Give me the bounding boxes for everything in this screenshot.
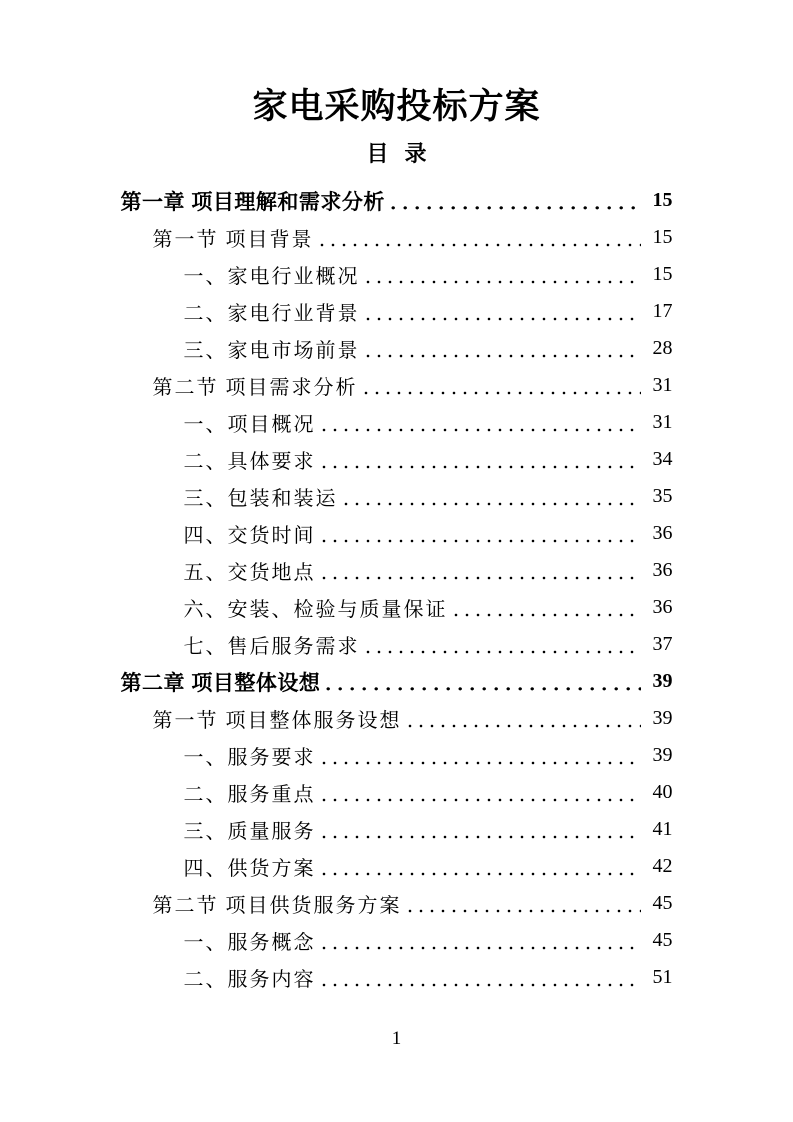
toc-entry[interactable]: 六、安装、检验与质量保证 36 bbox=[121, 589, 673, 626]
toc-entry[interactable]: 一、家电行业概况 15 bbox=[121, 256, 673, 293]
toc-entry[interactable]: 第二节 项目供货服务方案 45 bbox=[121, 885, 673, 922]
toc-entry[interactable]: 二、服务重点 40 bbox=[121, 774, 673, 811]
toc-entry-label: 五、交货地点 bbox=[184, 556, 316, 585]
toc-entry-page: 41 bbox=[647, 818, 673, 841]
toc-dot-leader bbox=[316, 774, 647, 811]
toc-entry-label: 第二节 项目需求分析 bbox=[153, 371, 358, 400]
toc-entry-label: 四、供货方案 bbox=[184, 852, 316, 881]
toc-entry-page: 15 bbox=[647, 189, 673, 212]
toc-entry-page: 37 bbox=[647, 633, 673, 656]
toc-entry-page: 31 bbox=[647, 411, 673, 434]
toc-entry[interactable]: 第一节 项目背景 15 bbox=[121, 219, 673, 256]
toc-list: 第一章 项目理解和需求分析 15 第一节 项目背景 15 一、家电行业概况 15… bbox=[121, 182, 673, 996]
toc-heading: 目 录 bbox=[0, 141, 793, 167]
toc-entry[interactable]: 四、供货方案 42 bbox=[121, 848, 673, 885]
toc-dot-leader bbox=[320, 663, 646, 700]
toc-entry[interactable]: 一、服务概念 45 bbox=[121, 922, 673, 959]
toc-entry-label: 三、质量服务 bbox=[184, 815, 316, 844]
toc-entry-label: 二、服务重点 bbox=[184, 778, 316, 807]
page-number-footer: 1 bbox=[0, 1028, 793, 1050]
toc-entry-label: 第一节 项目整体服务设想 bbox=[153, 704, 402, 733]
toc-entry[interactable]: 第一章 项目理解和需求分析 15 bbox=[121, 182, 673, 219]
toc-entry-page: 40 bbox=[647, 781, 673, 804]
toc-entry-label: 第二节 项目供货服务方案 bbox=[153, 889, 402, 918]
toc-dot-leader bbox=[360, 256, 647, 293]
toc-entry-label: 一、服务概念 bbox=[184, 926, 316, 955]
toc-entry-label: 一、家电行业概况 bbox=[184, 260, 360, 289]
toc-entry[interactable]: 三、包装和装运 35 bbox=[121, 478, 673, 515]
toc-entry-page: 36 bbox=[647, 596, 673, 619]
toc-entry-label: 七、售后服务需求 bbox=[184, 630, 360, 659]
toc-dot-leader bbox=[402, 700, 647, 737]
toc-entry-label: 三、包装和装运 bbox=[184, 482, 338, 511]
toc-entry-page: 45 bbox=[647, 892, 673, 915]
toc-dot-leader bbox=[314, 219, 647, 256]
toc-entry-label: 二、家电行业背景 bbox=[184, 297, 360, 326]
toc-entry-page: 36 bbox=[647, 559, 673, 582]
toc-entry[interactable]: 三、家电市场前景 28 bbox=[121, 330, 673, 367]
toc-entry-page: 36 bbox=[647, 522, 673, 545]
toc-entry-page: 31 bbox=[647, 374, 673, 397]
toc-dot-leader bbox=[316, 737, 647, 774]
toc-dot-leader bbox=[402, 885, 647, 922]
toc-dot-leader bbox=[358, 367, 647, 404]
toc-entry-label: 三、家电市场前景 bbox=[184, 334, 360, 363]
toc-entry-page: 15 bbox=[647, 226, 673, 249]
toc-entry-label: 二、服务内容 bbox=[184, 963, 316, 992]
toc-entry[interactable]: 三、质量服务 41 bbox=[121, 811, 673, 848]
toc-dot-leader bbox=[360, 293, 647, 330]
toc-dot-leader bbox=[360, 626, 647, 663]
toc-dot-leader bbox=[316, 959, 647, 996]
toc-entry[interactable]: 第二节 项目需求分析 31 bbox=[121, 367, 673, 404]
toc-entry-label: 第一章 项目理解和需求分析 bbox=[121, 186, 385, 216]
toc-entry[interactable]: 第二章 项目整体设想 39 bbox=[121, 663, 673, 700]
toc-entry-label: 六、安装、检验与质量保证 bbox=[184, 593, 448, 622]
toc-entry-page: 39 bbox=[647, 670, 673, 693]
document-page: 家电采购投标方案 目 录 第一章 项目理解和需求分析 15 第一节 项目背景 1… bbox=[0, 0, 793, 1122]
toc-entry-page: 42 bbox=[647, 855, 673, 878]
toc-entry[interactable]: 第一节 项目整体服务设想 39 bbox=[121, 700, 673, 737]
toc-dot-leader bbox=[316, 404, 647, 441]
toc-entry[interactable]: 二、具体要求 34 bbox=[121, 441, 673, 478]
toc-dot-leader bbox=[316, 441, 647, 478]
document-title: 家电采购投标方案 bbox=[0, 0, 793, 128]
toc-entry-label: 一、项目概况 bbox=[184, 408, 316, 437]
toc-entry-page: 17 bbox=[647, 300, 673, 323]
toc-entry[interactable]: 四、交货时间 36 bbox=[121, 515, 673, 552]
toc-entry-page: 35 bbox=[647, 485, 673, 508]
toc-dot-leader bbox=[448, 589, 647, 626]
toc-entry-label: 二、具体要求 bbox=[184, 445, 316, 474]
toc-entry[interactable]: 七、售后服务需求 37 bbox=[121, 626, 673, 663]
toc-entry[interactable]: 二、家电行业背景 17 bbox=[121, 293, 673, 330]
toc-dot-leader bbox=[316, 515, 647, 552]
toc-entry-page: 39 bbox=[647, 744, 673, 767]
toc-dot-leader bbox=[316, 552, 647, 589]
toc-entry-page: 15 bbox=[647, 263, 673, 286]
toc-entry-label: 四、交货时间 bbox=[184, 519, 316, 548]
toc-entry-page: 45 bbox=[647, 929, 673, 952]
toc-dot-leader bbox=[338, 478, 647, 515]
toc-dot-leader bbox=[316, 811, 647, 848]
toc-entry[interactable]: 一、项目概况 31 bbox=[121, 404, 673, 441]
toc-entry[interactable]: 五、交货地点 36 bbox=[121, 552, 673, 589]
toc-entry-label: 第一节 项目背景 bbox=[153, 223, 314, 252]
toc-entry-label: 第二章 项目整体设想 bbox=[121, 667, 321, 697]
toc-dot-leader bbox=[316, 922, 647, 959]
toc-entry-page: 39 bbox=[647, 707, 673, 730]
toc-entry[interactable]: 二、服务内容 51 bbox=[121, 959, 673, 996]
toc-entry-page: 34 bbox=[647, 448, 673, 471]
toc-entry-page: 28 bbox=[647, 337, 673, 360]
toc-dot-leader bbox=[316, 848, 647, 885]
toc-entry-page: 51 bbox=[647, 966, 673, 989]
toc-dot-leader bbox=[360, 330, 647, 367]
toc-entry[interactable]: 一、服务要求 39 bbox=[121, 737, 673, 774]
toc-entry-label: 一、服务要求 bbox=[184, 741, 316, 770]
toc-dot-leader bbox=[385, 182, 647, 219]
